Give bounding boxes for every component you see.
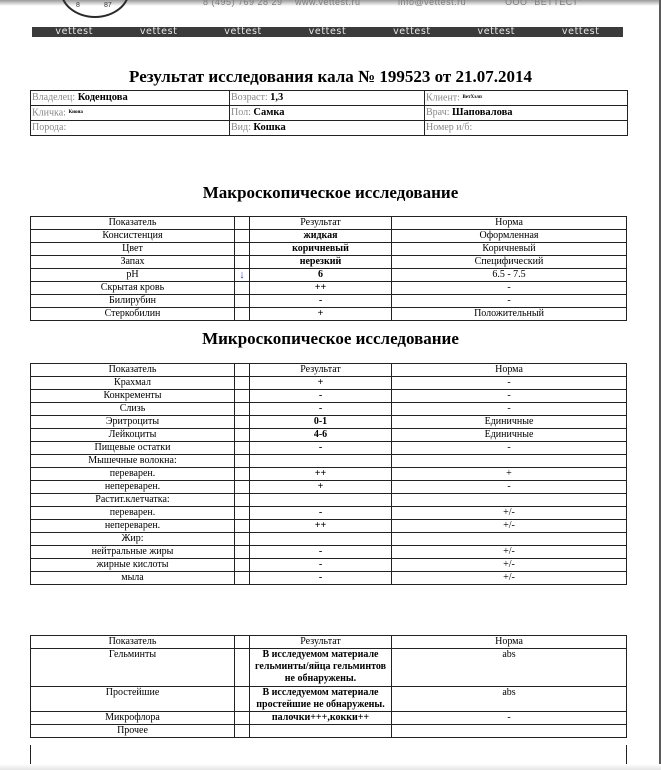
table-row: переварен.+++ — [31, 468, 627, 481]
result-value: коричневый — [250, 243, 392, 256]
norm-value: Специфический — [392, 256, 627, 269]
norm-value: abs — [392, 649, 627, 687]
deviation-flag — [235, 403, 250, 416]
result-value: - — [250, 507, 392, 520]
table-row: Скрытая кровь++- — [31, 282, 627, 295]
deviation-flag — [235, 416, 250, 429]
page-bottom-edge — [0, 764, 661, 770]
norm-value — [392, 494, 627, 507]
norm-value: Оформленная — [392, 230, 627, 243]
table-row: Лейкоциты4-6Единичные — [31, 429, 627, 442]
table-row: ЦветкоричневыйКоричневый — [31, 243, 627, 256]
table-row: мыла-+/- — [31, 572, 627, 585]
deviation-flag — [235, 256, 250, 269]
table-continuation — [30, 745, 627, 765]
deviation-flag — [235, 308, 250, 321]
deviation-flag — [235, 507, 250, 520]
info-cell: Номер и/б: — [425, 121, 628, 136]
table-row: Жир: — [31, 533, 627, 546]
table-row: жирные кислоты-+/- — [31, 559, 627, 572]
macro-table: ПоказательРезультатНормаКонсистенцияжидк… — [30, 216, 627, 321]
norm-value: +/- — [392, 546, 627, 559]
table-row: Пищевые остатки-- — [31, 442, 627, 455]
indicator-name: Скрытая кровь — [31, 282, 235, 295]
indicator-name: жирные кислоты — [31, 559, 235, 572]
deviation-flag — [235, 295, 250, 308]
email: info@vettest.ru — [398, 0, 466, 7]
table-row: Крахмал+- — [31, 377, 627, 390]
column-header: Норма — [392, 636, 627, 649]
phone: 8 (495) 769 28 29 — [203, 0, 283, 7]
result-value: - — [250, 295, 392, 308]
table-row: Мышечные волокна: — [31, 455, 627, 468]
result-value — [250, 494, 392, 507]
brand-word: vettest — [140, 27, 178, 37]
deviation-flag — [235, 546, 250, 559]
norm-value: Положительный — [392, 308, 627, 321]
indicator-name: переварен. — [31, 468, 235, 481]
info-value: Кошка — [253, 122, 285, 133]
info-label: Врач: — [426, 107, 450, 118]
result-value: В исследуемом материале простейшие не об… — [250, 687, 392, 712]
info-label: Номер и/б: — [426, 122, 472, 133]
info-cell: Пол: Самка — [230, 106, 425, 121]
brand-word: vettest — [478, 27, 516, 37]
norm-value: - — [392, 481, 627, 494]
norm-value: - — [392, 282, 627, 295]
patient-info-table: Владелец: КоденцоваВозраст: 1,3Клиент: В… — [30, 90, 628, 136]
parasites-microflora-table: ПоказательРезультатНормаГельминтыВ иссле… — [30, 635, 627, 738]
table-header-row: ПоказательРезультатНорма — [31, 364, 627, 377]
norm-value: - — [392, 442, 627, 455]
indicator-name: мыла — [31, 572, 235, 585]
column-header: Результат — [250, 636, 392, 649]
table-row: Прочее — [31, 725, 627, 738]
table-row: ЗапахнерезкийСпецифический — [31, 256, 627, 269]
deviation-flag — [235, 649, 250, 687]
brand-word: vettest — [562, 27, 600, 37]
info-value: Коденцова — [78, 92, 128, 103]
result-value: + — [250, 377, 392, 390]
indicator-name: Конкременты — [31, 390, 235, 403]
norm-value: - — [392, 712, 627, 725]
indicator-name: Билирубин — [31, 295, 235, 308]
info-label: Пол: — [231, 107, 251, 118]
indicator-name: непереварен. — [31, 520, 235, 533]
info-cell: Клиент: ВетХэлп — [425, 91, 628, 106]
column-header — [235, 636, 250, 649]
table-row: Микрофлорапалочки+++,кокки++- — [31, 712, 627, 725]
indicator-name: переварен. — [31, 507, 235, 520]
micro-table: ПоказательРезультатНормаКрахмал+-Конкрем… — [30, 363, 627, 585]
deviation-flag — [235, 481, 250, 494]
indicator-name: непереварен. — [31, 481, 235, 494]
table-header-row: ПоказательРезультатНорма — [31, 636, 627, 649]
deviation-flag — [235, 468, 250, 481]
result-value: - — [250, 546, 392, 559]
result-value: нерезкий — [250, 256, 392, 269]
deviation-flag — [235, 559, 250, 572]
deviation-flag — [235, 520, 250, 533]
result-value: + — [250, 308, 392, 321]
deviation-flag — [235, 712, 250, 725]
brand-word: vettest — [309, 27, 347, 37]
result-value: + — [250, 481, 392, 494]
table-row: Билирубин-- — [31, 295, 627, 308]
letterhead-contacts: 8 (495) 769 28 29 www.vettest.ru info@ve… — [0, 0, 661, 7]
info-cell: Порода: — [31, 121, 230, 136]
deviation-flag — [235, 533, 250, 546]
deviation-flag — [235, 687, 250, 712]
info-label: Возраст: — [231, 92, 268, 103]
column-header: Показатель — [31, 364, 235, 377]
table-row: pH↓66.5 - 7.5 — [31, 269, 627, 282]
indicator-name: Слизь — [31, 403, 235, 416]
table-row: Эритроциты0-1Единичные — [31, 416, 627, 429]
deviation-flag — [235, 455, 250, 468]
norm-value: Единичные — [392, 429, 627, 442]
indicator-name: Микрофлора — [31, 712, 235, 725]
norm-value: - — [392, 295, 627, 308]
deviation-flag — [235, 442, 250, 455]
deviation-flag — [235, 390, 250, 403]
indicator-name: Жир: — [31, 533, 235, 546]
table-row: ГельминтыВ исследуемом материале гельмин… — [31, 649, 627, 687]
table-row: Стеркобилин+Положительный — [31, 308, 627, 321]
deviation-flag — [235, 377, 250, 390]
norm-value: +/- — [392, 559, 627, 572]
result-value — [250, 455, 392, 468]
info-label: Порода: — [32, 122, 66, 133]
info-label: Кличка: — [32, 107, 66, 118]
column-header: Показатель — [31, 636, 235, 649]
deviation-flag — [235, 429, 250, 442]
table-row: непереварен.+++/- — [31, 520, 627, 533]
column-header: Результат — [250, 217, 392, 230]
indicator-name: Пищевые остатки — [31, 442, 235, 455]
info-cell: Владелец: Коденцова — [31, 91, 230, 106]
indicator-name: Простейшие — [31, 687, 235, 712]
result-value: палочки+++,кокки++ — [250, 712, 392, 725]
company-name: ООО "ВЕТТЕСТ" — [505, 0, 582, 7]
deviation-flag — [235, 243, 250, 256]
indicator-name: Эритроциты — [31, 416, 235, 429]
norm-value: +/- — [392, 507, 627, 520]
info-value: 1,3 — [270, 92, 283, 103]
deviation-flag: ↓ — [235, 269, 250, 282]
info-label: Владелец: — [32, 92, 75, 103]
indicator-name: Лейкоциты — [31, 429, 235, 442]
result-value: - — [250, 559, 392, 572]
result-value: ++ — [250, 468, 392, 481]
indicator-name: Мышечные волокна: — [31, 455, 235, 468]
column-header — [235, 364, 250, 377]
norm-value: + — [392, 468, 627, 481]
table-row: Растит.клетчатка: — [31, 494, 627, 507]
norm-value: Единичные — [392, 416, 627, 429]
norm-value: Коричневый — [392, 243, 627, 256]
result-value: - — [250, 442, 392, 455]
website: www.vettest.ru — [295, 0, 361, 7]
info-cell: Вид: Кошка — [230, 121, 425, 136]
info-row: Кличка: КионаПол: СамкаВрач: Шаповалова — [31, 106, 628, 121]
indicator-name: Стеркобилин — [31, 308, 235, 321]
indicator-name: Крахмал — [31, 377, 235, 390]
result-value: - — [250, 572, 392, 585]
indicator-name: Гельминты — [31, 649, 235, 687]
indicator-name: Консистенция — [31, 230, 235, 243]
indicator-name: Запах — [31, 256, 235, 269]
info-cell: Врач: Шаповалова — [425, 106, 628, 121]
brand-strip: vettest vettest vettest vettest vettest … — [32, 27, 623, 37]
norm-value: +/- — [392, 572, 627, 585]
indicator-name: Прочее — [31, 725, 235, 738]
info-label: Вид: — [231, 122, 251, 133]
column-header: Результат — [250, 364, 392, 377]
result-value: 6 — [250, 269, 392, 282]
info-cell: Возраст: 1,3 — [230, 91, 425, 106]
norm-value — [392, 533, 627, 546]
norm-value — [392, 455, 627, 468]
deviation-flag — [235, 494, 250, 507]
info-value: Шаповалова — [452, 107, 513, 118]
norm-value: - — [392, 377, 627, 390]
column-header: Норма — [392, 217, 627, 230]
result-value: ++ — [250, 282, 392, 295]
norm-value: - — [392, 403, 627, 416]
info-row: Порода: Вид: КошкаНомер и/б: — [31, 121, 628, 136]
table-row: Слизь-- — [31, 403, 627, 416]
norm-value — [392, 725, 627, 738]
deviation-flag — [235, 572, 250, 585]
result-value: жидкая — [250, 230, 392, 243]
info-row: Владелец: КоденцоваВозраст: 1,3Клиент: В… — [31, 91, 628, 106]
info-value: Самка — [253, 107, 284, 118]
indicator-name: Растит.клетчатка: — [31, 494, 235, 507]
norm-value: - — [392, 390, 627, 403]
result-value: - — [250, 390, 392, 403]
brand-word: vettest — [55, 27, 93, 37]
norm-value: 6.5 - 7.5 — [392, 269, 627, 282]
macro-section-title: Макроскопическое исследование — [0, 183, 661, 203]
table-row: Конкременты-- — [31, 390, 627, 403]
document-title: Результат исследования кала № 199523 от … — [0, 67, 661, 87]
column-header — [235, 217, 250, 230]
deviation-flag — [235, 282, 250, 295]
table-row: непереварен.+- — [31, 481, 627, 494]
indicator-name: pH — [31, 269, 235, 282]
info-value: ВетХэлп — [462, 95, 481, 100]
table-row: переварен.-+/- — [31, 507, 627, 520]
result-value: 4-6 — [250, 429, 392, 442]
result-value: - — [250, 403, 392, 416]
info-value: Киона — [68, 110, 82, 115]
table-header-row: ПоказательРезультатНорма — [31, 217, 627, 230]
column-header: Норма — [392, 364, 627, 377]
table-row: нейтральные жиры-+/- — [31, 546, 627, 559]
brand-word: vettest — [224, 27, 262, 37]
norm-value: abs — [392, 687, 627, 712]
info-label: Клиент: — [426, 92, 460, 103]
table-row: ПростейшиеВ исследуемом материале просте… — [31, 687, 627, 712]
indicator-name: Цвет — [31, 243, 235, 256]
result-value: В исследуемом материале гельминты/яйца г… — [250, 649, 392, 687]
result-value: ++ — [250, 520, 392, 533]
result-value: 0-1 — [250, 416, 392, 429]
column-header: Показатель — [31, 217, 235, 230]
table-row: КонсистенцияжидкаяОформленная — [31, 230, 627, 243]
deviation-flag — [235, 725, 250, 738]
result-value — [250, 533, 392, 546]
brand-word: vettest — [393, 27, 431, 37]
info-cell: Кличка: Киона — [31, 106, 230, 121]
indicator-name: нейтральные жиры — [31, 546, 235, 559]
norm-value: +/- — [392, 520, 627, 533]
micro-section-title: Микроскопическое исследование — [0, 329, 661, 349]
deviation-flag — [235, 230, 250, 243]
result-value — [250, 725, 392, 738]
